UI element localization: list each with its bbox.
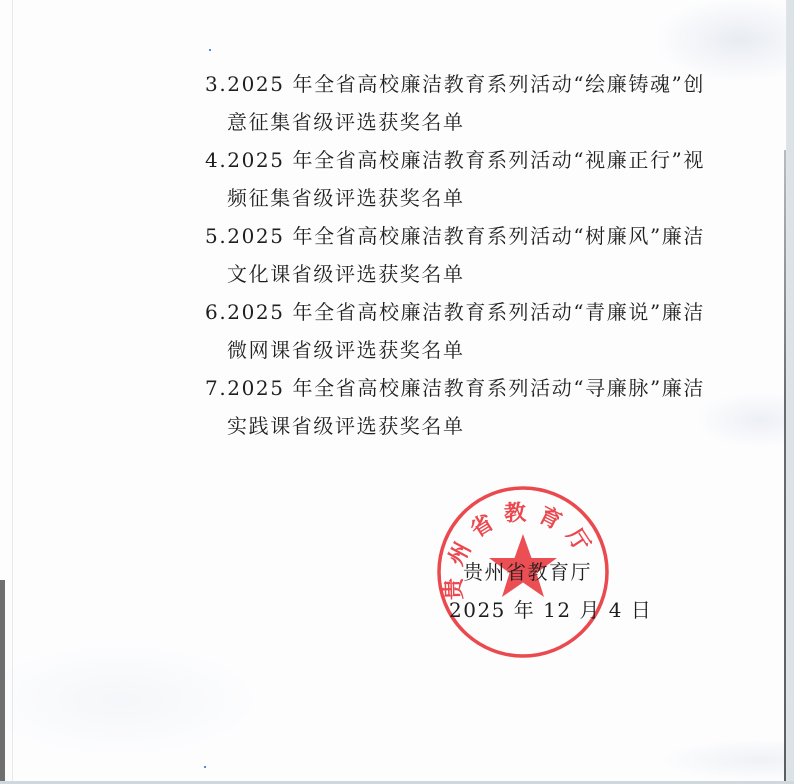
list-item: 4.2025 年全省高校廉洁教育系列活动“视廉正行”视 频征集省级评选获奖名单 bbox=[205, 142, 705, 218]
list-item-line2: 频征集省级评选获奖名单 bbox=[227, 180, 465, 216]
list-item-line1: 6.2025 年全省高校廉洁教育系列活动“青廉说”廉洁 bbox=[205, 294, 705, 330]
list-item-line2: 意征集省级评选获奖名单 bbox=[227, 104, 465, 140]
attachment-list: 3.2025 年全省高校廉洁教育系列活动“绘廉铸魂”创 意征集省级评选获奖名单 … bbox=[205, 66, 705, 446]
list-item-line1: 4.2025 年全省高校廉洁教育系列活动“视廉正行”视 bbox=[205, 142, 705, 178]
scan-right-shadow bbox=[784, 150, 786, 781]
list-item: 7.2025 年全省高校廉洁教育系列活动“寻廉脉”廉洁 实践课省级评选获奖名单 bbox=[205, 370, 705, 446]
list-item: 3.2025 年全省高校廉洁教育系列活动“绘廉铸魂”创 意征集省级评选获奖名单 bbox=[205, 66, 705, 142]
list-item-line2: 实践课省级评选获奖名单 bbox=[227, 408, 465, 444]
signature-date: 2025 年 12 月 4 日 bbox=[449, 594, 652, 623]
viewer-background-right bbox=[787, 0, 794, 784]
list-item-line1: 5.2025 年全省高校廉洁教育系列活动“树廉风”廉洁 bbox=[205, 218, 705, 254]
scan-speck bbox=[209, 49, 211, 51]
list-item-line1: 7.2025 年全省高校廉洁教育系列活动“寻廉脉”廉洁 bbox=[205, 370, 705, 406]
list-item-line2: 微网课省级评选获奖名单 bbox=[227, 332, 465, 368]
document-page: 3.2025 年全省高校廉洁教育系列活动“绘廉铸魂”创 意征集省级评选获奖名单 … bbox=[0, 0, 786, 781]
list-item: 5.2025 年全省高校廉洁教育系列活动“树廉风”廉洁 文化课省级评选获奖名单 bbox=[205, 218, 705, 294]
list-item: 6.2025 年全省高校廉洁教育系列活动“青廉说”廉洁 微网课省级评选获奖名单 bbox=[205, 294, 705, 370]
scan-speck bbox=[204, 766, 206, 768]
signature-organization: 贵州省教育厅 bbox=[463, 556, 592, 585]
list-item-line2: 文化课省级评选获奖名单 bbox=[227, 256, 465, 292]
scan-left-shadow bbox=[0, 580, 5, 781]
scan-edge-line bbox=[12, 0, 13, 781]
list-item-line1: 3.2025 年全省高校廉洁教育系列活动“绘廉铸魂”创 bbox=[205, 66, 705, 102]
